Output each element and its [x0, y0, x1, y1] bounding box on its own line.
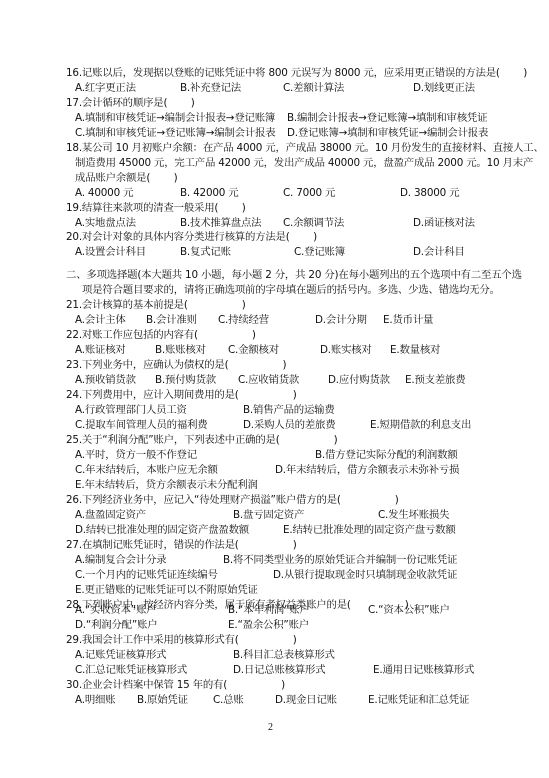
- page-number: 2: [268, 722, 273, 733]
- question-27-stem: 27.在填制记账凭证时，错误的作法是( ): [66, 538, 297, 553]
- q24-option-a: A.行政管理部门人员工资: [75, 403, 187, 418]
- q21-option-a: A.会计主体: [75, 313, 126, 328]
- q22-option-a: A.账证核对: [75, 343, 126, 358]
- q27-option-a: A.编制复合会计分录: [75, 553, 166, 568]
- q30-option-d: D.现金日记账: [275, 693, 337, 708]
- q17-option-c: C.填制和审核凭证→登记账簿→编制会计报表: [75, 126, 275, 141]
- q25-option-e: E.年末结转后，贷方余额表示未分配利润: [75, 478, 258, 493]
- question-23-stem: 23.下列业务中，应确认为债权的是( ): [66, 358, 286, 373]
- q25-option-a: A.平时，贷方一般不作登记: [75, 448, 197, 463]
- q18-option-c: C. 7000 元: [283, 186, 335, 201]
- q29-option-e: E.通用日记账核算形式: [373, 663, 474, 678]
- q24-option-c: C.提取车间管理人员的福利费: [75, 418, 207, 433]
- q30-option-a: A.明细账: [75, 693, 115, 708]
- q20-option-c: C.登记账簿: [294, 245, 345, 260]
- q20-option-a: A.设置会计科目: [75, 245, 146, 260]
- question-29-stem: 29.我国会计工作中采用的核算形式有( ): [66, 633, 297, 648]
- question-19-stem: 19.结算往来款项的清查一般采用( ): [66, 201, 246, 216]
- question-26-stem: 26.下列经济业务中，应记入“待处理财产损溢”账户借方的是( ): [66, 493, 399, 508]
- q25-option-b: B.借方登记实际分配的利润数额: [315, 448, 458, 463]
- question-25-stem: 25.关于“利润分配”账户，下列表述中正确的是( ): [66, 433, 337, 448]
- q25-option-d: D.年末结转后，借方余额表示未弥补亏损: [275, 463, 459, 478]
- q19-option-c: C.余额调节法: [283, 216, 344, 231]
- q30-option-e: E.记账凭证和汇总凭证: [368, 693, 469, 708]
- q23-option-b: B.预付购货款: [155, 373, 216, 388]
- q26-option-b: B.盘亏固定资产: [233, 508, 304, 523]
- q29-option-b: B.科目汇总表核算形式: [233, 648, 335, 663]
- q28-option-a: A.“实收资本”账户: [75, 603, 156, 618]
- q22-option-e: E.数量核对: [390, 343, 440, 358]
- q29-option-c: C.汇总记账凭证核算形式: [75, 663, 187, 678]
- q30-option-c: C.总账: [213, 693, 244, 708]
- q22-option-d: D.账实核对: [320, 343, 372, 358]
- q26-option-e: E.结转已批准处理的固定资产盘亏数额: [283, 523, 456, 538]
- q27-option-d: D.从银行提取现金时只填制现金收款凭证: [273, 568, 457, 583]
- q26-option-a: A.盘盈固定资产: [75, 508, 146, 523]
- q17-option-d: D.登记账簿→填制和审核凭证→编制会计报表: [287, 126, 488, 141]
- q17-option-b: B.编制会计报表→登记账簿→填制和审核凭证: [287, 111, 487, 126]
- q16-option-c: C.差额计算法: [283, 81, 344, 96]
- q28-option-d: D.“利润分配”账户: [75, 618, 157, 633]
- question-22-stem: 22.对账工作应包括的内容有( ): [66, 328, 256, 343]
- q23-option-e: E.预支差旅费: [405, 373, 465, 388]
- q21-option-b: B.会计准则: [146, 313, 197, 328]
- q29-option-d: D.日记总账核算形式: [233, 663, 325, 678]
- q20-option-b: B.复式记账: [180, 245, 231, 260]
- q23-option-c: C.应收销货款: [238, 373, 299, 388]
- q17-option-a: A.填制和审核凭证→编制会计报表→登记账簿: [75, 111, 275, 126]
- q21-option-d: D.会计分期: [315, 313, 367, 328]
- q30-option-b: B.原始凭证: [137, 693, 188, 708]
- question-20-stem: 20.对会计对象的具体内容分类进行核算的方法是( ): [66, 230, 317, 245]
- q24-option-d: D.采购人员的差旅费: [243, 418, 335, 433]
- q19-option-a: A.实地盘点法: [75, 216, 136, 231]
- q22-option-b: B.账账核对: [155, 343, 206, 358]
- q23-option-d: D.应付购货款: [328, 373, 390, 388]
- exam-page: 16.记账以后，发现据以登账的记账凭证中将 800 元误写为 8000 元，应采…: [0, 0, 549, 778]
- q26-option-c: C.发生坏账损失: [378, 508, 449, 523]
- q25-option-c: C.年末结转后，本账户应无余额: [75, 463, 218, 478]
- q18-option-d: D. 38000 元: [400, 186, 459, 201]
- q19-option-d: D.函证核对法: [413, 216, 475, 231]
- q27-option-c: C.一个月内的记账凭证连续编号: [75, 568, 218, 583]
- q26-option-d: D.结转已批准处理的固定资产盘盈数额: [75, 523, 249, 538]
- question-18-stem-cont-2: 成品账户余额是( ): [75, 171, 178, 186]
- question-24-stem: 24.下列费用中，应计入期间费用的是( ): [66, 388, 297, 403]
- q16-option-a: A.红字更正法: [75, 81, 136, 96]
- q27-option-e: E.更正错账的记账凭证可以不附原始凭证: [75, 583, 258, 598]
- q21-option-e: E.货币计量: [383, 313, 433, 328]
- q29-option-a: A.记账凭证核算形式: [75, 648, 166, 663]
- q21-option-c: C.持续经营: [218, 313, 269, 328]
- q24-option-e: E.短期借款的利息支出: [370, 418, 471, 433]
- q16-option-b: B.补充登记法: [180, 81, 241, 96]
- q28-option-c: C.“资本公积”账户: [368, 603, 450, 618]
- q27-option-b: B.将不同类型业务的原始凭证合并编制一份记账凭证: [223, 553, 457, 568]
- q28-option-b: B.“本年利润”账户: [228, 603, 310, 618]
- q16-option-d: D.划线更正法: [413, 81, 475, 96]
- question-30-stem: 30.企业会计档案中保管 15 年的有( ): [66, 678, 285, 693]
- section-2-heading-line-1: 二、多项选择题(本大题共 10 小题，每小题 2 分，共 20 分)在每小题列出…: [66, 268, 522, 283]
- question-18-stem: 18.某公司 10 月初账户余额：在产品 4000 元，产成品 38000 元。…: [66, 141, 544, 156]
- q22-option-c: C.金额核对: [228, 343, 279, 358]
- q19-option-b: B.技术推算盘点法: [180, 216, 261, 231]
- q20-option-d: D.会计科目: [413, 245, 465, 260]
- question-18-stem-cont-1: 制造费用 45000 元，完工产品 42000 元，发出产成品 40000 元，…: [75, 156, 533, 171]
- q18-option-a: A. 40000 元: [75, 186, 133, 201]
- q24-option-b: B.销售产品的运输费: [243, 403, 335, 418]
- section-2-heading-line-2: 项是符合题目要求的，请将正确选项前的字母填在题后的括号内。多选、少选、错选均无分…: [82, 283, 500, 298]
- q23-option-a: A.预收销货款: [75, 373, 136, 388]
- question-21-stem: 21.会计核算的基本前提是( ): [66, 298, 246, 313]
- q18-option-b: B. 42000 元: [180, 186, 238, 201]
- question-17-stem: 17.会计循环的顺序是( ): [66, 96, 195, 111]
- question-16-stem: 16.记账以后，发现据以登账的记账凭证中将 800 元误写为 8000 元，应采…: [66, 66, 527, 81]
- q28-option-e: E.“盈余公积”账户: [228, 618, 309, 633]
